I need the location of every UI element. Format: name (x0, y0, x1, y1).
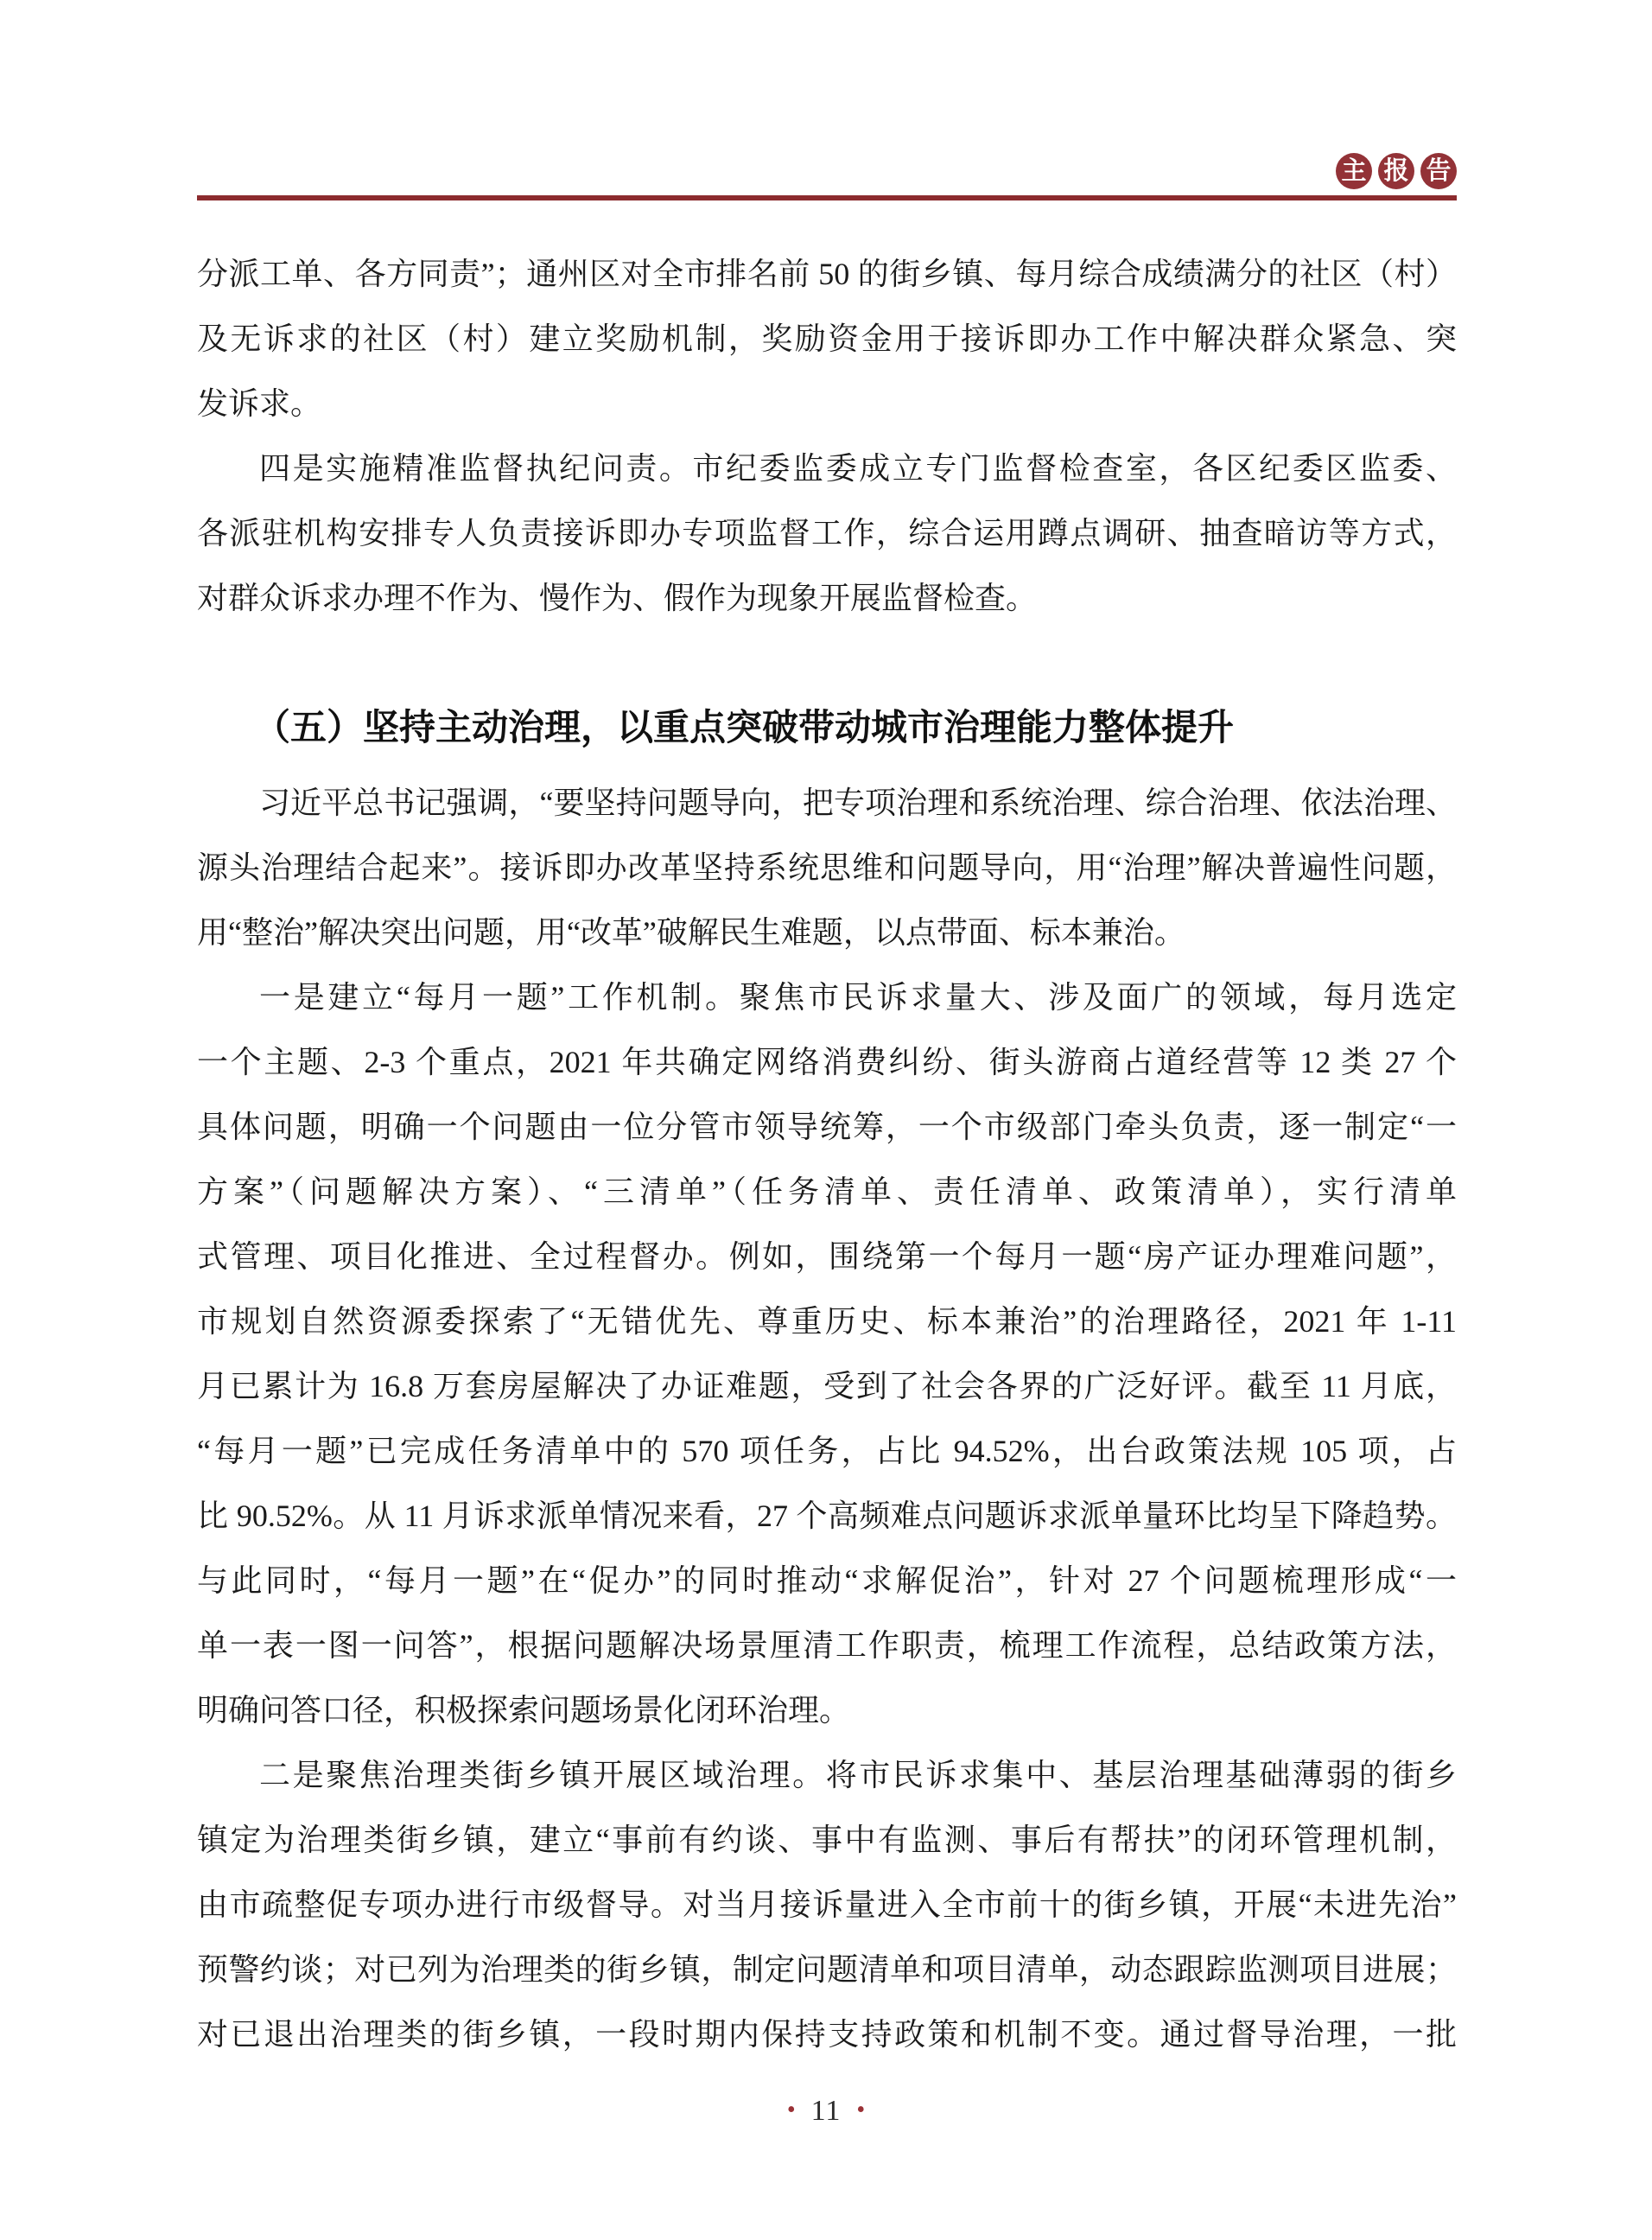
paragraph-0: 分派工单、各方同责”；通州区对全市排名前 50 的街乡镇、每月综合成绩满分的社区… (197, 242, 1457, 436)
body-text-line: “每月一题”已完成任务清单中的 570 项任务，占比 94.52%，出台政策法规… (197, 1419, 1457, 1484)
page-number-dot-right: • (856, 2097, 865, 2123)
body-text-line: 及无诉求的社区（村）建立奖励机制，奖励资金用于接诉即办工作中解决群众紧急、突 (197, 307, 1457, 372)
body-text-line: 用“整治”解决突出问题，用“改革”破解民生难题，以点带面、标本兼治。 (197, 900, 1457, 965)
body-text-line: 单一表一图一问答”，根据问题解决场景厘清工作职责，梳理工作流程，总结政策方法， (197, 1613, 1457, 1678)
page-number-dot-left: • (787, 2097, 796, 2123)
paragraph-3: 习近平总书记强调，“要坚持问题导向，把专项治理和系统治理、综合治理、依法治理、源… (197, 771, 1457, 965)
body-text-line: 各派驻机构安排专人负责接诉即办专项监督工作，综合运用蹲点调研、抽查暗访等方式， (197, 501, 1457, 566)
body-text-line: 式管理、项目化推进、全过程督办。例如，围绕第一个每月一题“房产证办理难问题”， (197, 1225, 1457, 1289)
report-badge-1: 报 (1378, 153, 1414, 189)
report-badge-group: 主报告 (1336, 153, 1457, 189)
page-footer: •11• (0, 2091, 1652, 2129)
body-text-line: 比 90.52%。从 11 月诉求派单情况来看，27 个高频难点问题诉求派单量环… (197, 1484, 1457, 1549)
body-text-line: 一个主题、2-3 个重点，2021 年共确定网络消费纠纷、街头游商占道经营等 1… (197, 1030, 1457, 1095)
section-heading: （五）坚持主动治理，以重点突破带动城市治理能力整体提升 (197, 702, 1457, 754)
body-text-line: 由市疏整促专项办进行市级督导。对当月接诉量进入全市前十的街乡镇，开展“未进先治” (197, 1873, 1457, 1938)
body-text-line: 发诉求。 (197, 372, 1457, 436)
page-content: 分派工单、各方同责”；通州区对全市排名前 50 的街乡镇、每月综合成绩满分的社区… (197, 242, 1457, 2067)
paragraph-4: 一是建立“每月一题”工作机制。聚焦市民诉求量大、涉及面广的领域，每月选定一个主题… (197, 965, 1457, 1743)
body-text-line: 对已退出治理类的街乡镇，一段时期内保持支持政策和机制不变。通过督导治理，一批 (197, 2002, 1457, 2067)
body-text-line: 月已累计为 16.8 万套房屋解决了办证难题，受到了社会各界的广泛好评。截至 1… (197, 1354, 1457, 1419)
header-rule (197, 195, 1457, 200)
body-text-line: 习近平总书记强调，“要坚持问题导向，把专项治理和系统治理、综合治理、依法治理、 (197, 771, 1457, 836)
body-text-line: 一是建立“每月一题”工作机制。聚焦市民诉求量大、涉及面广的领域，每月选定 (197, 965, 1457, 1030)
body-text-line: 二是聚焦治理类街乡镇开展区域治理。将市民诉求集中、基层治理基础薄弱的街乡 (197, 1743, 1457, 1808)
paragraph-1: 四是实施精准监督执纪问责。市纪委监委成立专门监督检查室，各区纪委区监委、各派驻机… (197, 436, 1457, 631)
body-text-line: 市规划自然资源委探索了“无错优先、尊重历史、标本兼治”的治理路径，2021 年 … (197, 1289, 1457, 1354)
body-text-line: 明确问答口径，积极探索问题场景化闭环治理。 (197, 1678, 1457, 1743)
body-text-line: 四是实施精准监督执纪问责。市纪委监委成立专门监督检查室，各区纪委区监委、 (197, 436, 1457, 501)
paragraph-5: 二是聚焦治理类街乡镇开展区域治理。将市民诉求集中、基层治理基础薄弱的街乡镇定为治… (197, 1743, 1457, 2067)
body-text-line: 对群众诉求办理不作为、慢作为、假作为现象开展监督检查。 (197, 566, 1457, 631)
body-text-line: 源头治理结合起来”。接诉即办改革坚持系统思维和问题导向，用“治理”解决普遍性问题… (197, 836, 1457, 900)
body-text-line: 方案”（问题解决方案）、“三清单”（任务清单、责任清单、政策清单），实行清单 (197, 1160, 1457, 1225)
body-text-line: 预警约谈；对已列为治理类的街乡镇，制定问题清单和项目清单，动态跟踪监测项目进展； (197, 1938, 1457, 2002)
body-text-line: 与此同时，“每月一题”在“促办”的同时推动“求解促治”，针对 27 个问题梳理形… (197, 1549, 1457, 1613)
body-text-line: 具体问题，明确一个问题由一位分管市领导统筹，一个市级部门牵头负责，逐一制定“一 (197, 1095, 1457, 1160)
page-number: 11 (811, 2095, 842, 2127)
report-badge-2: 告 (1420, 153, 1457, 189)
report-badge-0: 主 (1336, 153, 1372, 189)
document-page: 主报告 分派工单、各方同责”；通州区对全市排名前 50 的街乡镇、每月综合成绩满… (0, 0, 1652, 2240)
body-text-line: 分派工单、各方同责”；通州区对全市排名前 50 的街乡镇、每月综合成绩满分的社区… (197, 242, 1457, 307)
body-text-line: 镇定为治理类街乡镇，建立“事前有约谈、事中有监测、事后有帮扶”的闭环管理机制， (197, 1808, 1457, 1873)
